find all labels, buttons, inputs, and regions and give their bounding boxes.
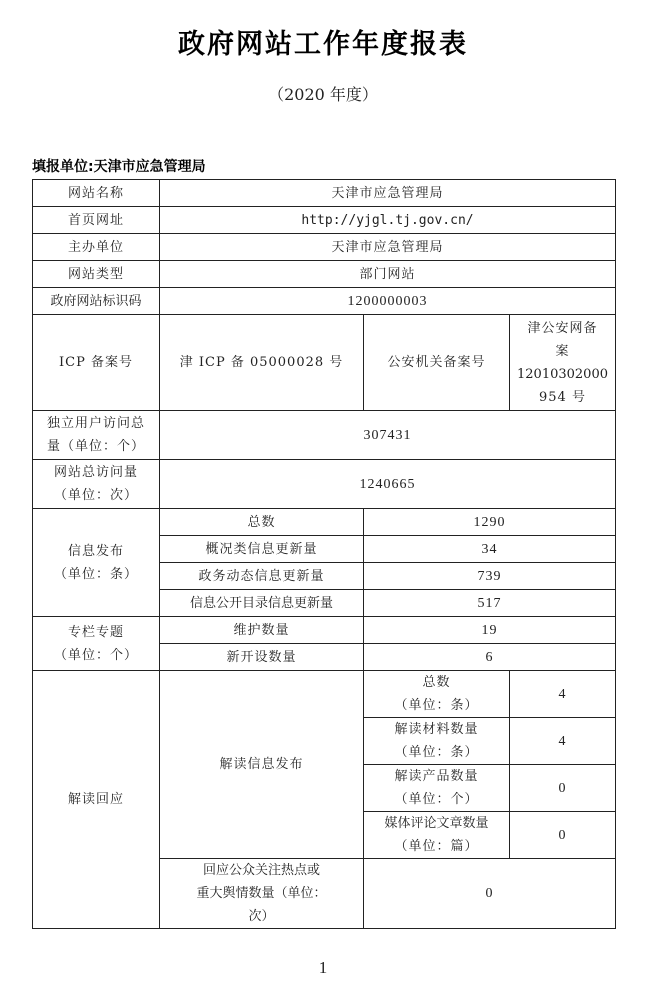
table-row: 信息发布 （单位：条） 总数 1290 [33, 509, 616, 536]
total-visits-value: 1240665 [160, 460, 616, 509]
maintained-count-label: 维护数量 [160, 617, 364, 644]
homepage-url-label: 首页网址 [33, 207, 160, 234]
police-record-label: 公安机关备案号 [364, 315, 510, 411]
disclosure-update-label: 信息公开目录信息更新量 [160, 590, 364, 617]
public-response-label: 回应公众关注热点或 重大舆情数量（单位： 次） [160, 859, 364, 929]
icp-label: ICP 备案号 [33, 315, 160, 411]
table-row: 独立用户访问总 量（单位：个） 307431 [33, 411, 616, 460]
overview-update-label: 概况类信息更新量 [160, 536, 364, 563]
new-count-value: 6 [364, 644, 616, 671]
sponsor-label: 主办单位 [33, 234, 160, 261]
table-row: 网站名称 天津市应急管理局 [33, 180, 616, 207]
interp-material-label: 解读材料数量 （单位：条） [364, 718, 510, 765]
table-row: 网站类型 部门网站 [33, 261, 616, 288]
sponsor-value: 天津市应急管理局 [160, 234, 616, 261]
site-type-value: 部门网站 [160, 261, 616, 288]
interpretation-label: 解读回应 [33, 671, 160, 929]
special-topics-label: 专栏专题 （单位：个） [33, 617, 160, 671]
unique-visitors-label: 独立用户访问总 量（单位：个） [33, 411, 160, 460]
info-total-label: 总数 [160, 509, 364, 536]
table-row: 专栏专题 （单位：个） 维护数量 19 [33, 617, 616, 644]
unique-visitors-value: 307431 [160, 411, 616, 460]
table-row: ICP 备案号 津 ICP 备 05000028 号 公安机关备案号 津公安网备… [33, 315, 616, 411]
public-response-value: 0 [364, 859, 616, 929]
info-total-value: 1290 [364, 509, 616, 536]
reporting-unit: 填报单位:天津市应急管理局 [32, 156, 206, 176]
total-visits-label: 网站总访问量 （单位：次） [33, 460, 160, 509]
homepage-url-value: http://yjgl.tj.gov.cn/ [160, 207, 616, 234]
overview-update-value: 34 [364, 536, 616, 563]
table-row: 网站总访问量 （单位：次） 1240665 [33, 460, 616, 509]
gov-news-update-value: 739 [364, 563, 616, 590]
site-id-code-label: 政府网站标识码 [33, 288, 160, 315]
police-record-value: 津公安网备 案 12010302000 954 号 [510, 315, 616, 411]
page-number: 1 [0, 958, 646, 978]
maintained-count-value: 19 [364, 617, 616, 644]
report-year: （2020 年度） [0, 82, 646, 105]
table-row: 主办单位 天津市应急管理局 [33, 234, 616, 261]
info-publish-label: 信息发布 （单位：条） [33, 509, 160, 617]
interp-total-value: 4 [510, 671, 616, 718]
interp-total-label: 总数 （单位：条） [364, 671, 510, 718]
interp-product-label: 解读产品数量 （单位：个） [364, 765, 510, 812]
site-id-code-value: 1200000003 [160, 288, 616, 315]
table-row: 解读回应 解读信息发布 总数 （单位：条） 4 [33, 671, 616, 718]
site-name-label: 网站名称 [33, 180, 160, 207]
interp-product-value: 0 [510, 765, 616, 812]
gov-news-update-label: 政务动态信息更新量 [160, 563, 364, 590]
site-type-label: 网站类型 [33, 261, 160, 288]
site-name-value: 天津市应急管理局 [160, 180, 616, 207]
table-row: 政府网站标识码 1200000003 [33, 288, 616, 315]
report-table: 网站名称 天津市应急管理局 首页网址 http://yjgl.tj.gov.cn… [32, 179, 616, 929]
media-comment-value: 0 [510, 812, 616, 859]
page-title: 政府网站工作年度报表 [0, 22, 646, 61]
disclosure-update-value: 517 [364, 590, 616, 617]
icp-value: 津 ICP 备 05000028 号 [160, 315, 364, 411]
media-comment-label: 媒体评论文章数量 （单位：篇） [364, 812, 510, 859]
new-count-label: 新开设数量 [160, 644, 364, 671]
table-row: 首页网址 http://yjgl.tj.gov.cn/ [33, 207, 616, 234]
interp-material-value: 4 [510, 718, 616, 765]
interpretation-publish-label: 解读信息发布 [160, 671, 364, 859]
